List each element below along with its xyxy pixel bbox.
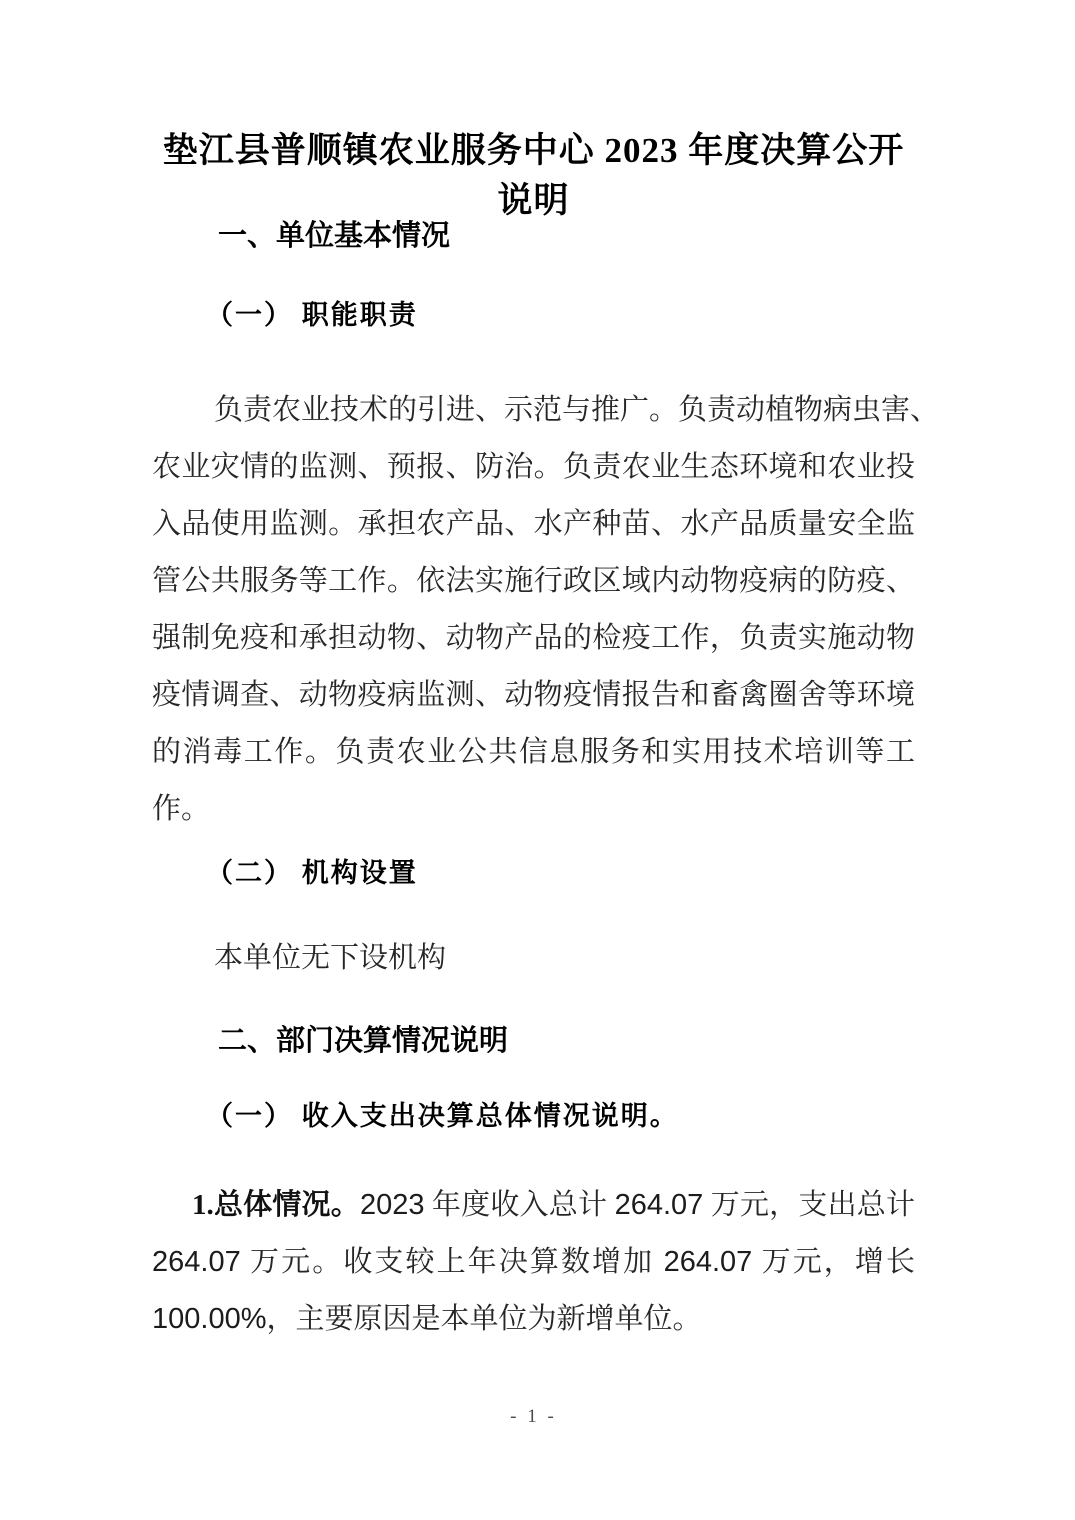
paragraph-line: 1.总体情况。2023 年度收入总计 264.07 万元，支出总计 bbox=[152, 1177, 915, 1234]
number-run: 264.07 bbox=[664, 1246, 753, 1278]
text-run: 年度收入总计 bbox=[424, 1189, 614, 1221]
paragraph-line: 作。 bbox=[152, 781, 915, 838]
number-run: 264.07 bbox=[152, 1246, 241, 1278]
paragraph-line: 264.07 万元。收支较上年决算数增加 264.07 万元，增长 bbox=[152, 1234, 915, 1291]
document-page: 垫江县普顺镇农业服务中心 2023 年度决算公开说明 一、单位基本情况 （一） … bbox=[0, 0, 1075, 1520]
subheading-org-setup: （二） 机构设置 bbox=[152, 853, 915, 893]
paragraph-line: 的消毒工作。负责农业公共信息服务和实用技术培训等工 bbox=[152, 724, 915, 781]
paragraph-line: 疫情调查、动物疫病监测、动物疫情报告和畜禽圈舍等环境 bbox=[152, 667, 915, 724]
paragraph-line: 负责农业技术的引进、示范与推广。负责动植物病虫害、 bbox=[152, 382, 915, 439]
bold-lead-run: 1.总体情况。 bbox=[192, 1189, 360, 1221]
page-number: - 1 - bbox=[152, 1404, 915, 1430]
subheading-budget-overview: （一） 收入支出决算总体情况说明。 bbox=[152, 1096, 915, 1136]
paragraph-line: 100.00%，主要原因是本单位为新增单位。 bbox=[152, 1291, 915, 1348]
heading-budget-statement: 二、部门决算情况说明 bbox=[152, 1019, 915, 1063]
text-run: 作。 bbox=[152, 793, 210, 825]
text-run: 负责农业技术的引进、示范与推广。负责动植物病虫害、 bbox=[214, 394, 939, 426]
text-run: 农业灾情的监测、预报、防治。负责农业生态环境和农业投 bbox=[152, 451, 915, 483]
text-run: 强制免疫和承担动物、动物产品的检疫工作，负责实施动物 bbox=[152, 622, 915, 654]
number-run: 264.07 bbox=[615, 1189, 704, 1221]
paragraph-line: 本单位无下设机构 bbox=[152, 930, 915, 987]
text-run: 万元，支出总计 bbox=[703, 1189, 915, 1221]
paragraph-line: 强制免疫和承担动物、动物产品的检疫工作，负责实施动物 bbox=[152, 610, 915, 667]
heading-unit-basic-info: 一、单位基本情况 bbox=[152, 214, 915, 258]
text-run: 管公共服务等工作。依法实施行政区域内动物疫病的防疫、 bbox=[152, 565, 915, 597]
text-run: 疫情调查、动物疫病监测、动物疫情报告和畜禽圈舍等环境 bbox=[152, 679, 915, 711]
subheading-duties: （一） 职能职责 bbox=[152, 295, 915, 335]
number-run: 100.00% bbox=[152, 1303, 267, 1335]
text-run: 万元。收支较上年决算数增加 bbox=[241, 1246, 664, 1278]
text-run: 入品使用监测。承担农产品、水产种苗、水产品质量安全监 bbox=[152, 508, 915, 540]
text-run: 的消毒工作。负责农业公共信息服务和实用技术培训等工 bbox=[152, 736, 915, 768]
paragraph-duties: 负责农业技术的引进、示范与推广。负责动植物病虫害、农业灾情的监测、预报、防治。负… bbox=[152, 382, 915, 838]
number-run: 2023 bbox=[360, 1189, 425, 1221]
paragraph-budget-overview: 1.总体情况。2023 年度收入总计 264.07 万元，支出总计264.07 … bbox=[152, 1177, 915, 1348]
paragraph-org-setup: 本单位无下设机构 bbox=[152, 930, 915, 987]
paragraph-line: 管公共服务等工作。依法实施行政区域内动物疫病的防疫、 bbox=[152, 553, 915, 610]
document-title: 垫江县普顺镇农业服务中心 2023 年度决算公开说明 bbox=[152, 126, 915, 226]
paragraph-line: 入品使用监测。承担农产品、水产种苗、水产品质量安全监 bbox=[152, 496, 915, 553]
paragraph-line: 农业灾情的监测、预报、防治。负责农业生态环境和农业投 bbox=[152, 439, 915, 496]
text-run: 本单位无下设机构 bbox=[214, 942, 446, 974]
text-run: ，主要原因是本单位为新增单位。 bbox=[267, 1303, 702, 1335]
text-run: 万元，增长 bbox=[752, 1246, 915, 1278]
